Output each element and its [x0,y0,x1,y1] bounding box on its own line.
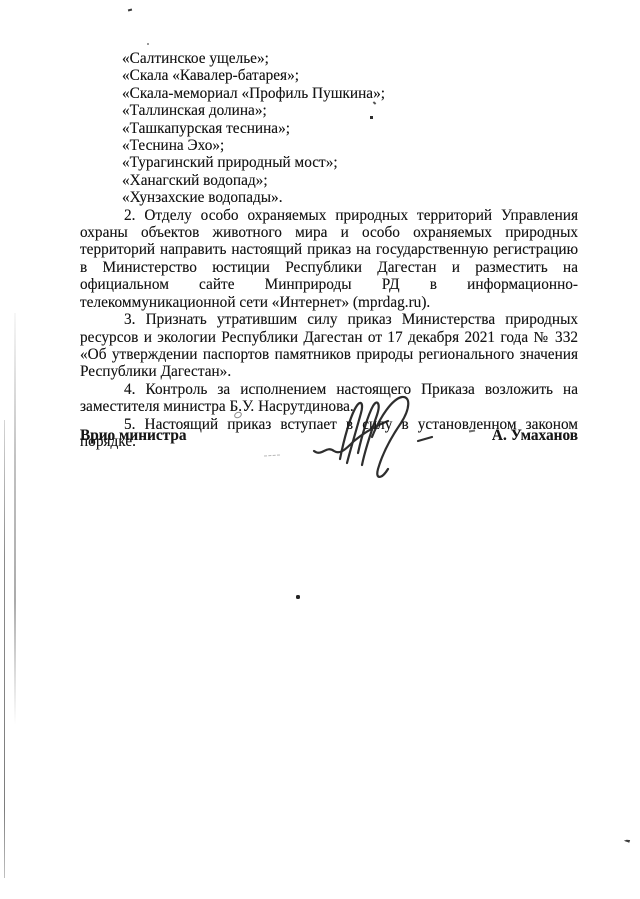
scan-speck [147,43,149,45]
scan-speck [624,838,631,843]
scan-speck [370,116,373,119]
order-paragraph: 2. Отделу особо охраняемых природных тер… [80,207,578,311]
list-item: «Ташкапурская теснина»; [122,120,578,137]
document-body: «Салтинское ущелье»;«Скала «Кавалер-бата… [80,50,578,450]
list-item: «Скала-мемориал «Профиль Пушкина»; [122,85,578,102]
nature-monuments-list: «Салтинское ущелье»;«Скала «Кавалер-бата… [80,50,578,207]
list-item: «Турагинский природный мост»; [122,154,578,171]
list-item: «Таллинская долина»; [122,102,578,119]
order-paragraph: 3. Признать утратившим силу приказ Минис… [80,311,578,381]
handwritten-signature-icon [306,393,440,487]
list-item: «Скала «Кавалер-батарея»; [122,67,578,84]
scan-speck [296,595,300,599]
signatory-name: А. Умаханов [492,427,578,445]
scan-speck [264,454,280,456]
list-item: «Салтинское ущелье»; [122,50,578,67]
scanned-order-page: «Салтинское ущелье»;«Скала «Кавалер-бата… [0,0,640,899]
list-item: «Хунзахские водопады». [122,189,578,206]
scan-edge-line-light [14,313,16,725]
scan-speck [128,9,132,12]
signatory-position: Врио министра [80,427,187,445]
list-item: «Ханагский водопад»; [122,172,578,189]
list-item: «Теснина Эхо»; [122,137,578,154]
scan-edge-line-dark [4,420,5,878]
